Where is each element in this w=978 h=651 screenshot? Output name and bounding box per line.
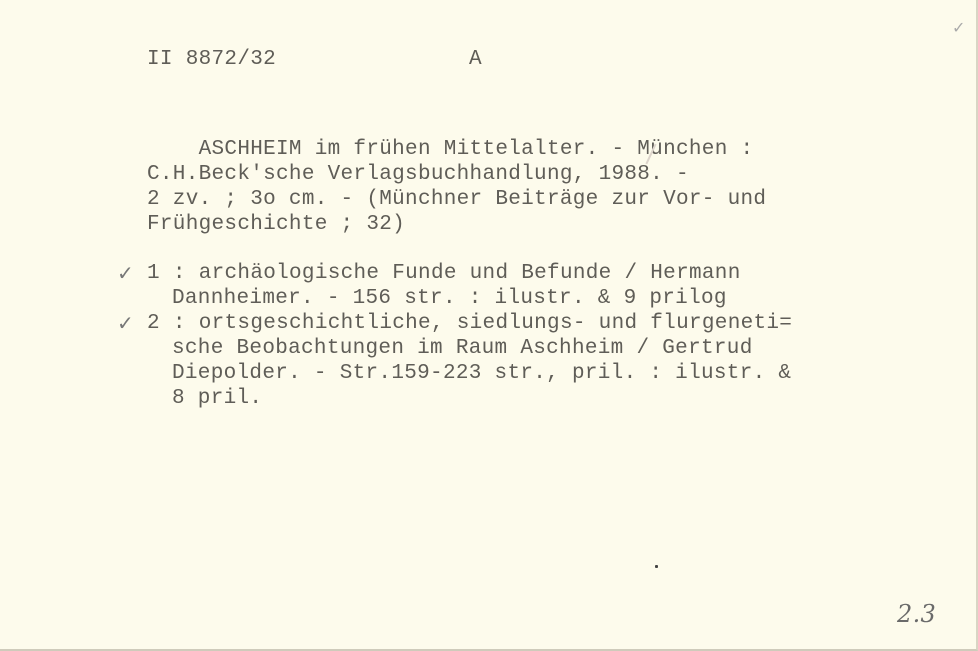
corner-check-icon: ✓ bbox=[952, 18, 966, 37]
volume-2-line-2: sche Beobachtungen im Raum Aschheim / Ge… bbox=[172, 336, 753, 361]
call-number: II 8872/32 bbox=[147, 47, 276, 72]
handwritten-number: 2.3 bbox=[897, 600, 936, 628]
volume-2-line-4: 8 pril. bbox=[172, 386, 262, 411]
paper-speck bbox=[655, 565, 658, 568]
volume-2-check-icon: ✓ bbox=[117, 311, 134, 335]
call-letter: A bbox=[469, 47, 482, 72]
volume-1-line-1: : archäologische Funde und Befunde / Her… bbox=[160, 261, 741, 286]
volume-2-line-1: : ortsgeschichtliche, siedlungs- und flu… bbox=[160, 311, 792, 336]
volume-2-line-3: Diepolder. - Str.159-223 str., pril. : i… bbox=[172, 361, 791, 386]
main-entry-line-1: ASCHHEIM im frühen Mittelalter. - Münche… bbox=[147, 137, 753, 162]
main-entry-line-2: C.H.Beck'sche Verlagsbuchhandlung, 1988.… bbox=[147, 162, 689, 187]
volume-1-line-2: Dannheimer. - 156 str. : ilustr. & 9 pri… bbox=[172, 286, 727, 311]
catalog-card: ✓ II 8872/32 A ASCHHEIM im frühen Mittel… bbox=[0, 0, 978, 651]
volume-2-number: 2 bbox=[147, 311, 160, 336]
main-entry-line-3: 2 zv. ; 3o cm. - (Münchner Beiträge zur … bbox=[147, 187, 766, 212]
volume-1-check-icon: ✓ bbox=[117, 261, 134, 285]
main-entry-line-4: Frühgeschichte ; 32) bbox=[147, 212, 405, 237]
volume-1-number: 1 bbox=[147, 261, 160, 286]
